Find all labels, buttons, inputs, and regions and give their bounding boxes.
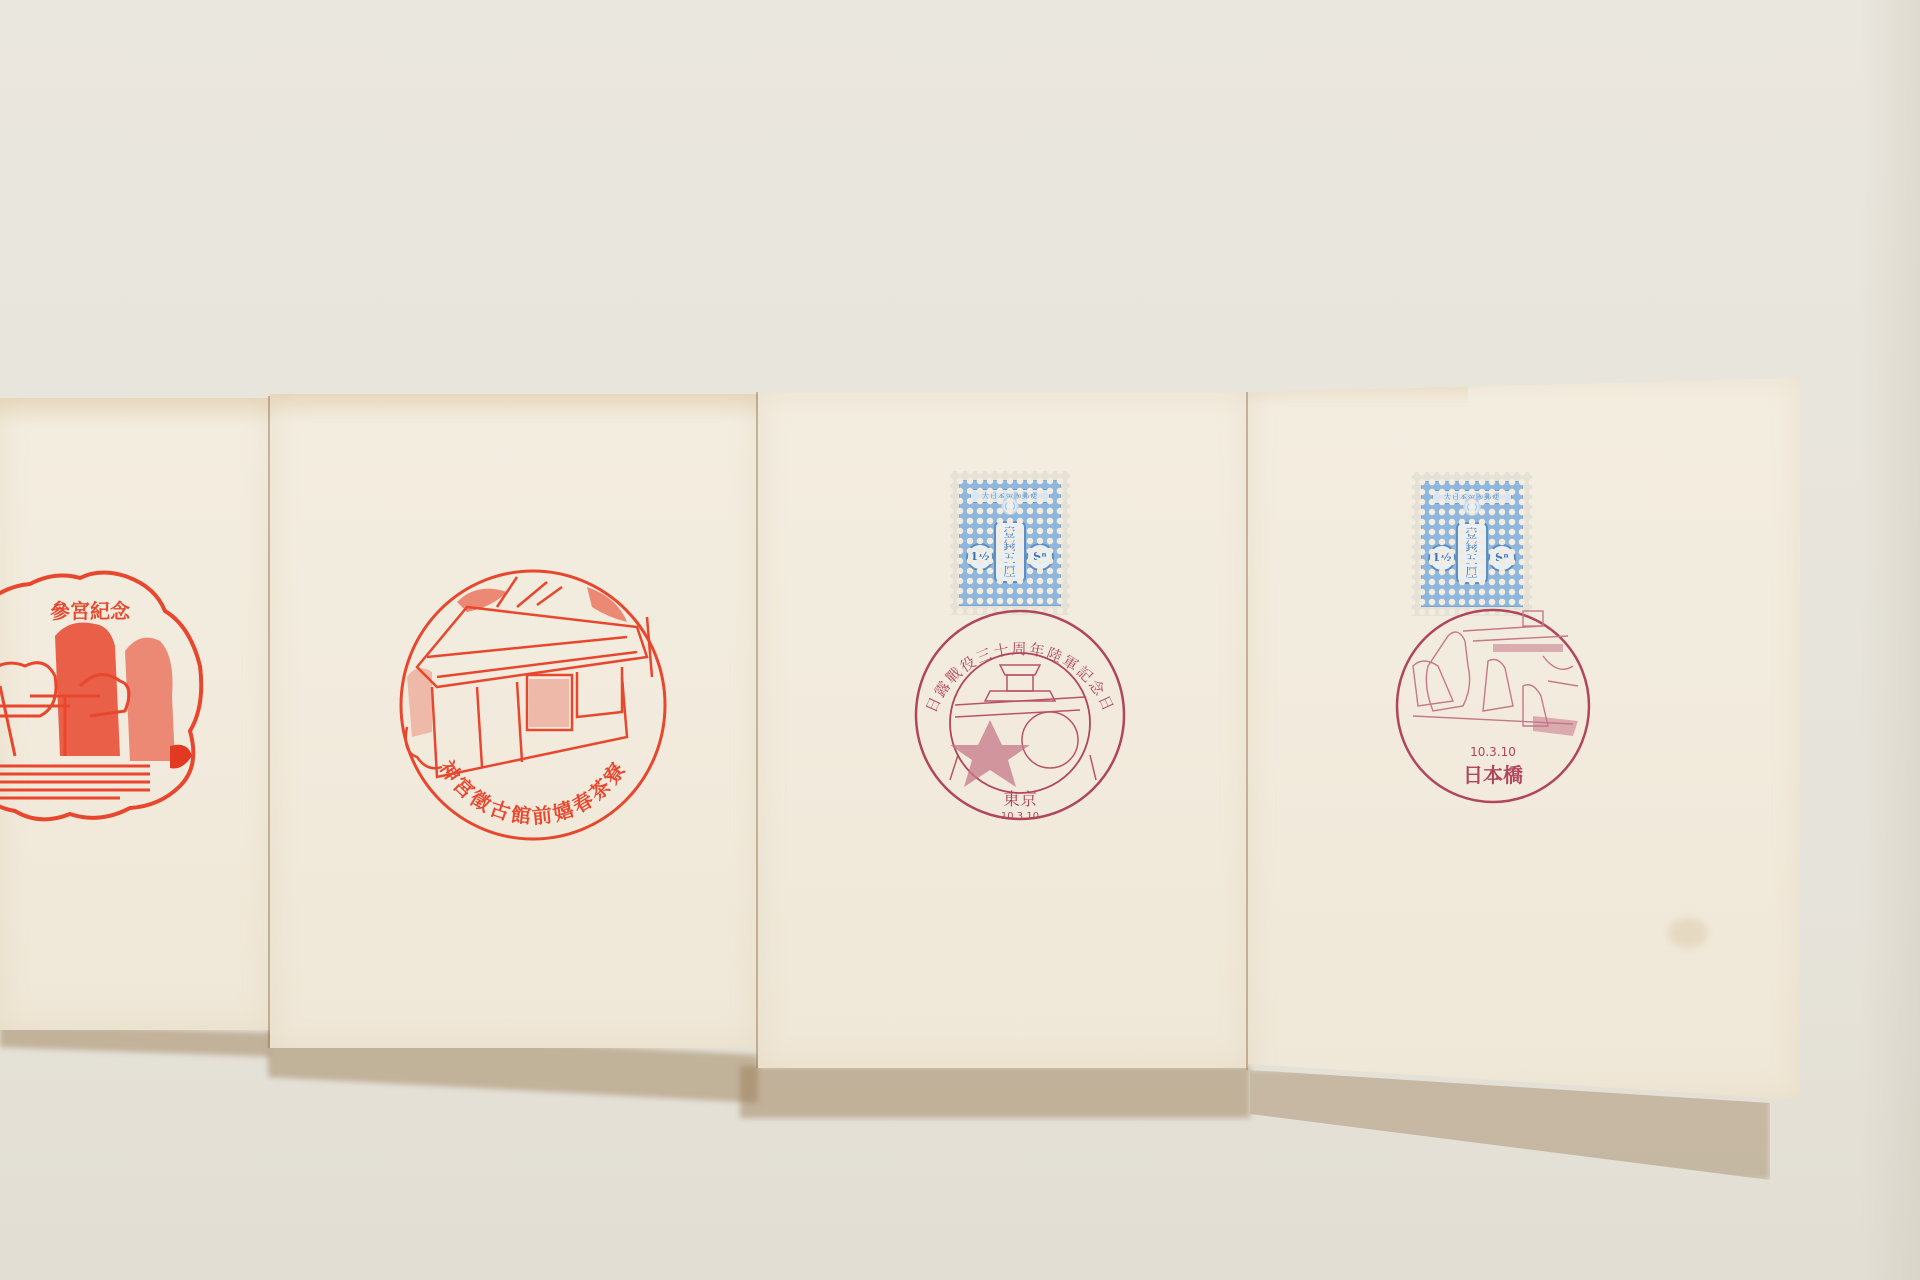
paper-stain xyxy=(0,398,270,426)
booklet-panel-1: 參宮紀念 xyxy=(0,398,270,1030)
postmark-location: 日本橋 xyxy=(1463,763,1523,787)
chrysanthemum-icon xyxy=(1001,497,1019,515)
booklet-shadow xyxy=(740,1066,1250,1118)
booklet-panel-2: 神宮徵古館前嬉春茶寮 xyxy=(270,394,758,1048)
army-day-postmark: 日露戰役三十周年陸軍記念日 東京 10.3.10 xyxy=(910,605,1130,825)
postmark-date: 10.3.10 xyxy=(1470,745,1516,759)
paper-stain xyxy=(270,394,758,422)
stamp-value-left: 1½ xyxy=(1428,544,1456,572)
stamp-value-right: Sⁿ xyxy=(1488,544,1516,572)
svg-text:日露戰役三十周年陸軍記念日: 日露戰役三十周年陸軍記念日 xyxy=(922,640,1118,716)
stamp-denomination-kanji: 壹錢五厘 xyxy=(994,521,1026,583)
stamp-value-left: 1½ xyxy=(966,543,994,571)
stamp-design: 大日本帝國郵便 壹錢五厘 1½ Sⁿ xyxy=(1421,481,1523,607)
paper-stain xyxy=(1668,918,1708,948)
postmark-date: 10.3.10 xyxy=(1001,811,1039,822)
teahouse-round-seal: 神宮徵古館前嬉春茶寮 xyxy=(397,567,669,843)
booklet-panel-3: 大日本帝國郵便 壹錢五厘 1½ Sⁿ 日露戰役 xyxy=(758,393,1248,1068)
stamp-value-right: Sⁿ xyxy=(1026,543,1054,571)
seal-title: 參宮紀念 xyxy=(50,599,131,623)
postage-stamp: 大日本帝國郵便 壹錢五厘 1½ Sⁿ xyxy=(950,471,1070,615)
fold-line xyxy=(1246,392,1248,1070)
nihonbashi-postmark: 10.3.10 日本橋 xyxy=(1393,606,1593,806)
postage-stamp: 大日本帝國郵便 壹錢五厘 1½ Sⁿ xyxy=(1412,472,1532,616)
chrysanthemum-icon xyxy=(1463,498,1481,516)
postmark-location: 東京 xyxy=(1003,790,1037,810)
paper-stain xyxy=(1248,378,1468,406)
shrine-visit-seal: 參宮紀念 xyxy=(0,556,220,836)
booklet-panel-4: 大日本帝國郵便 壹錢五厘 1½ Sⁿ 10.3.10 xyxy=(1248,378,1800,1100)
postmark-arc-text: 日露戰役三十周年陸軍記念日 xyxy=(922,640,1118,716)
background-surface-curl xyxy=(1860,0,1920,1280)
stamp-design: 大日本帝國郵便 壹錢五厘 1½ Sⁿ xyxy=(959,480,1061,606)
stamp-denomination-kanji: 壹錢五厘 xyxy=(1456,522,1488,584)
